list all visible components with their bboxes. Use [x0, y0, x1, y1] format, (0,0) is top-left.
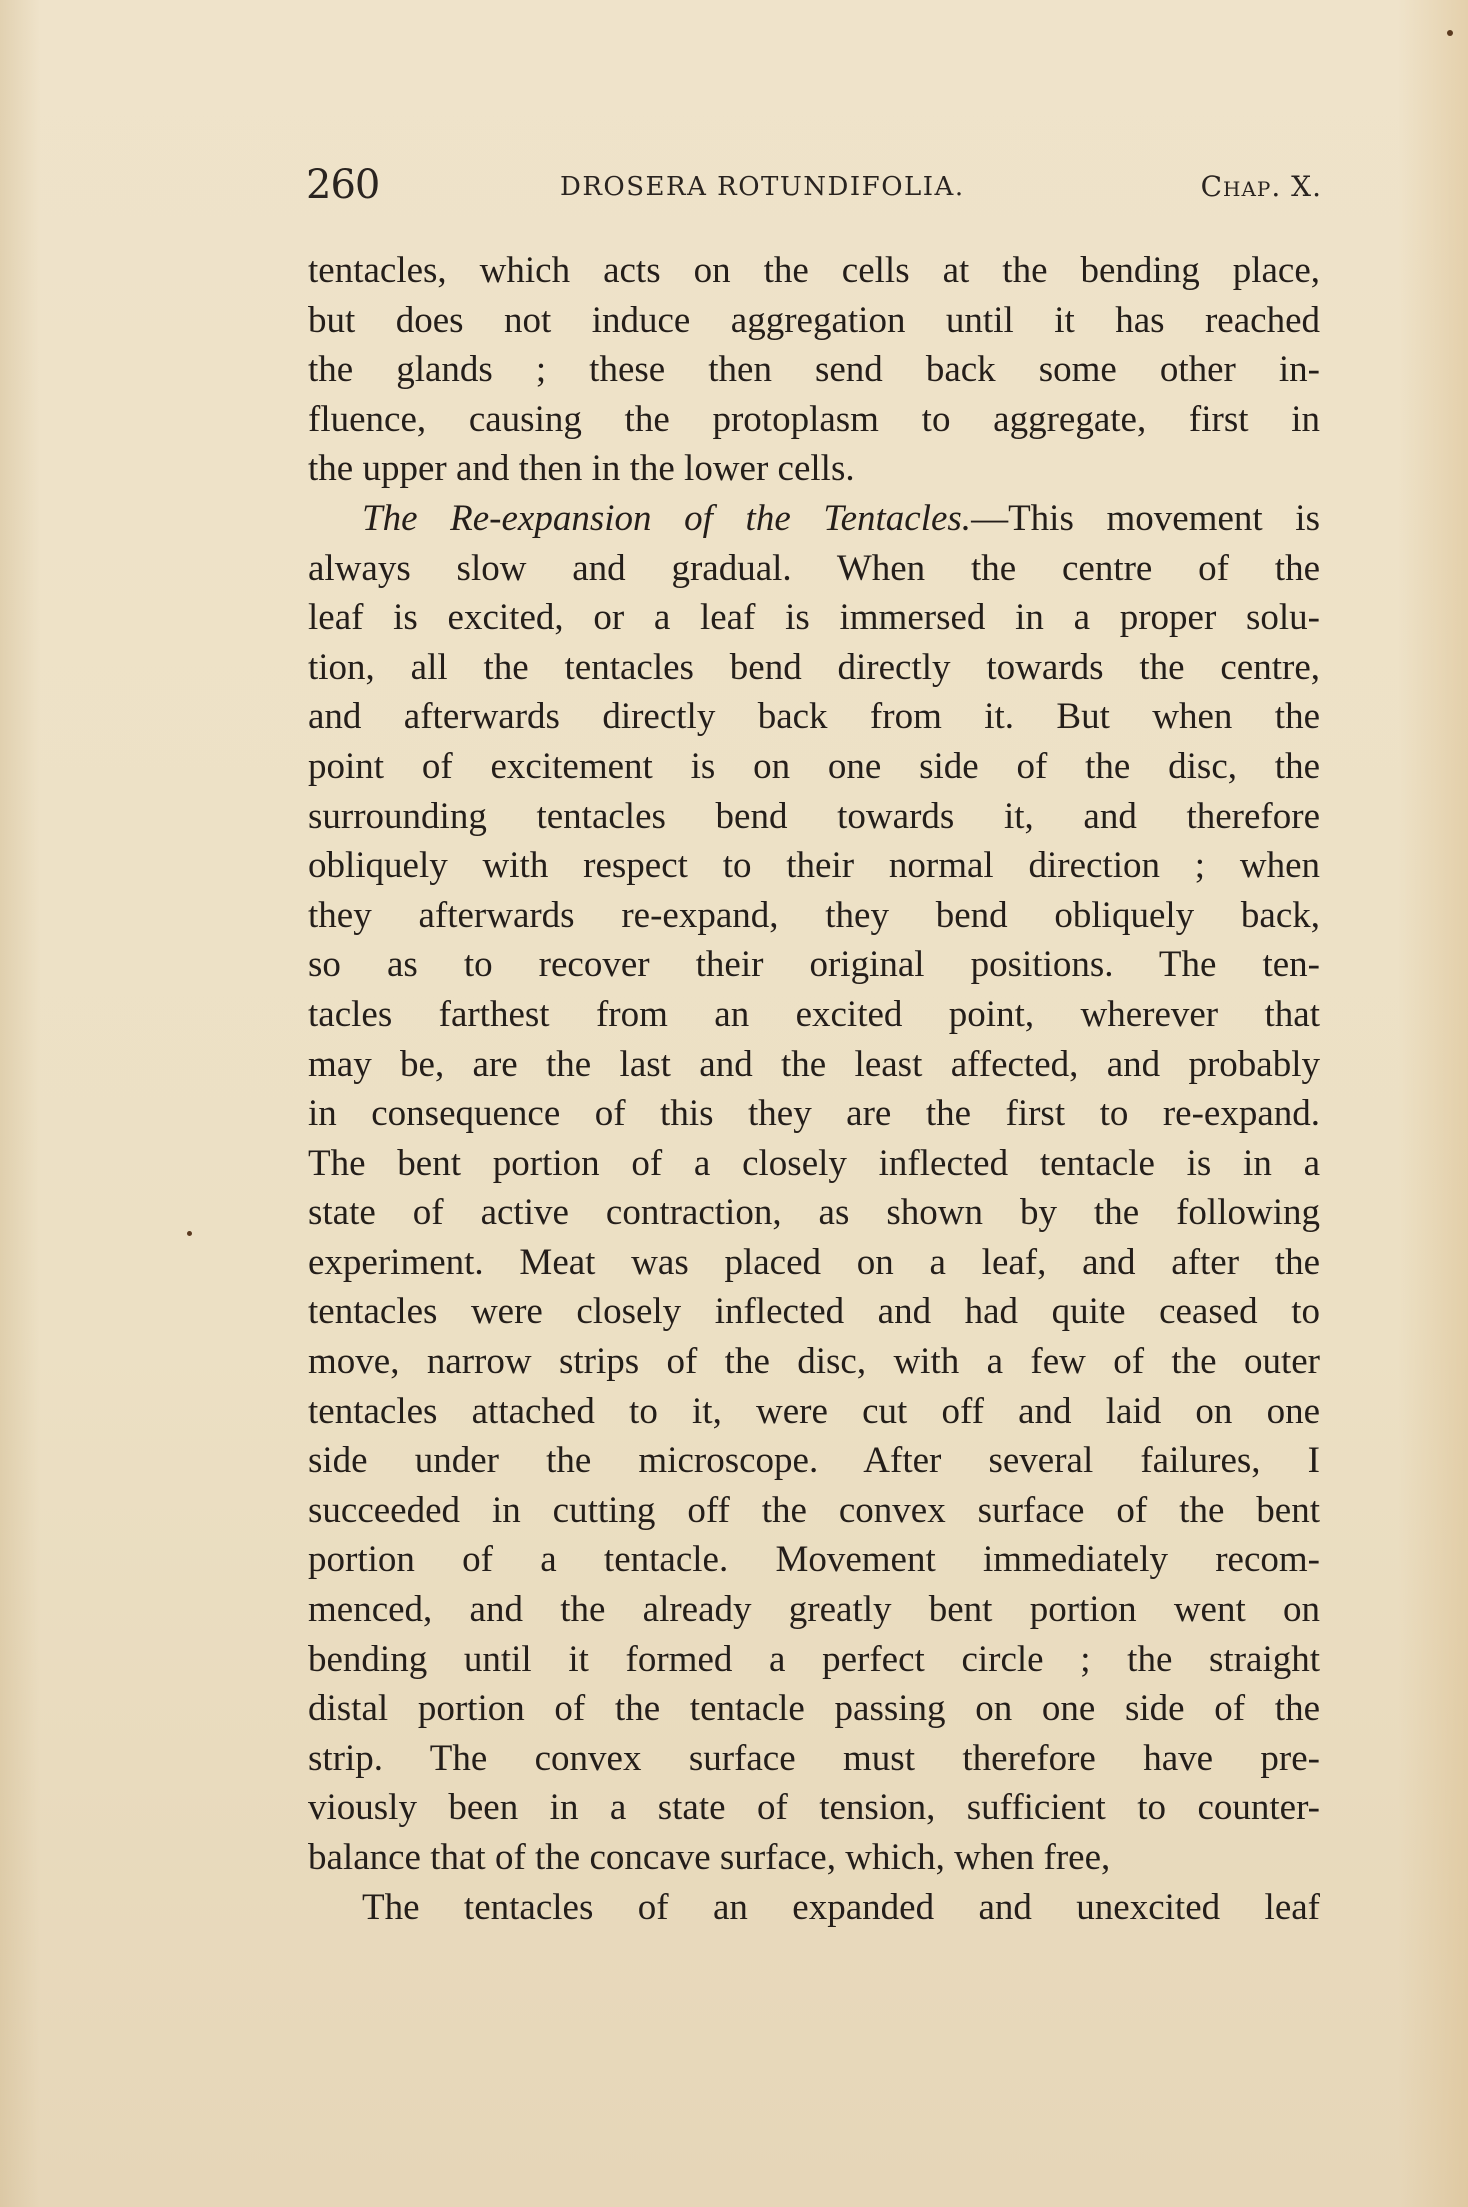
book-page: 260 DROSERA ROTUNDIFOLIA. Chap. X. tenta…	[0, 0, 1468, 2207]
text-line: the glands ; these then send back some o…	[308, 345, 1320, 395]
text-line: bending until it formed a perfect circle…	[308, 1635, 1320, 1685]
text-line: balance that of the concave surface, whi…	[308, 1833, 1320, 1883]
text-line: always slow and gradual. When the centre…	[308, 544, 1320, 594]
paper-speck	[187, 1231, 192, 1236]
text-line: side under the microscope. After several…	[308, 1436, 1320, 1486]
running-head: 260 DROSERA ROTUNDIFOLIA. Chap. X.	[306, 162, 1322, 212]
text-line: The tentacles of an expanded and unexcit…	[308, 1883, 1320, 1933]
text-line: and afterwards directly back from it. Bu…	[308, 692, 1320, 742]
text-line: succeeded in cutting off the convex surf…	[308, 1486, 1320, 1536]
text-line: strip. The convex surface must therefore…	[308, 1734, 1320, 1784]
text-line: viously been in a state of tension, suff…	[308, 1783, 1320, 1833]
text-line: surrounding tentacles bend towards it, a…	[308, 792, 1320, 842]
text-line: point of excitement is on one side of th…	[308, 742, 1320, 792]
text-line: leaf is excited, or a leaf is immersed i…	[308, 593, 1320, 643]
text-line: may be, are the last and the least affec…	[308, 1040, 1320, 1090]
text-line: move, narrow strips of the disc, with a …	[308, 1337, 1320, 1387]
text-line: they afterwards re-expand, they bend obl…	[308, 891, 1320, 941]
text-line: state of active contraction, as shown by…	[308, 1188, 1320, 1238]
text-fragment: —This movement is	[971, 498, 1320, 539]
running-title: DROSERA ROTUNDIFOLIA.	[560, 172, 965, 202]
text-line: portion of a tentacle. Movement immediat…	[308, 1535, 1320, 1585]
text-line: tentacles attached to it, were cut off a…	[308, 1387, 1320, 1437]
chapter-label: Chap. X.	[1201, 170, 1322, 203]
text-line: the upper and then in the lower cells.	[308, 444, 1320, 494]
text-line: in consequence of this they are the firs…	[308, 1089, 1320, 1139]
body-text: tentacles, which acts on the cells at th…	[308, 246, 1320, 1932]
text-line: so as to recover their original position…	[308, 940, 1320, 990]
text-line: tentacles were closely inflected and had…	[308, 1287, 1320, 1337]
section-heading-line: The Re-expansion of the Tentacles.—This …	[308, 494, 1320, 544]
text-line: experiment. Meat was placed on a leaf, a…	[308, 1238, 1320, 1288]
text-line: tentacles, which acts on the cells at th…	[308, 246, 1320, 296]
text-line: fluence, causing the protoplasm to aggre…	[308, 395, 1320, 445]
text-line: The bent portion of a closely inflected …	[308, 1139, 1320, 1189]
text-line: distal portion of the tentacle passing o…	[308, 1684, 1320, 1734]
text-line: tion, all the tentacles bend directly to…	[308, 643, 1320, 693]
paper-speck	[1447, 30, 1453, 36]
text-line: tacles farthest from an excited point, w…	[308, 990, 1320, 1040]
text-line: obliquely with respect to their normal d…	[308, 841, 1320, 891]
text-line: but does not induce aggregation until it…	[308, 296, 1320, 346]
section-heading: The Re-expansion of the Tentacles.	[362, 498, 971, 539]
page-number: 260	[306, 162, 379, 208]
text-line: menced, and the already greatly bent por…	[308, 1585, 1320, 1635]
